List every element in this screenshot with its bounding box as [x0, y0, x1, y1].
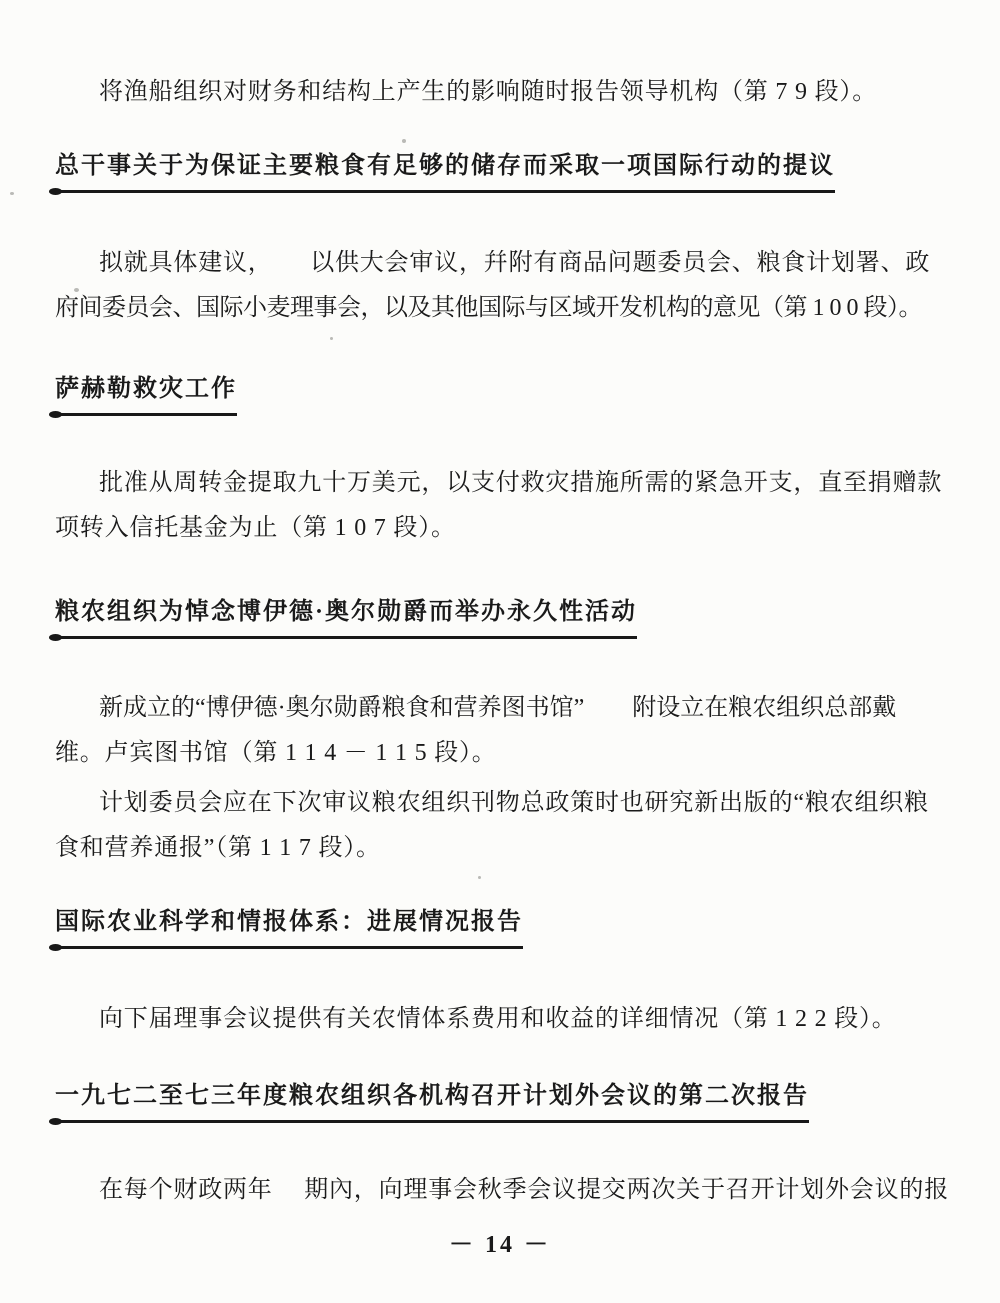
paragraph-line: 维。卢宾图书馆（第 1 1 4 － 1 1 5 段）。	[55, 731, 978, 776]
section-heading-unscheduled-sessions-report: 一九七二至七三年度粮农组织各机构召开计划外会议的第二次报告	[55, 1080, 978, 1123]
paragraph-para-100: 拟就具体建议， 以供大会审议，幷附有商品问题委员会、粮食计划署、政 府间委员会、…	[55, 241, 978, 331]
section-heading-agris-progress: 国际农业科学和情报体系：进展情况报告	[55, 906, 978, 949]
section-heading-text: 国际农业科学和情报体系：进展情况报告	[55, 906, 523, 949]
paragraph-para-117: 计划委员会应在下次审议粮农组织刊物总政策时也研究新出版的“粮农组织粮 食和营养通…	[55, 781, 978, 871]
scan-speck	[402, 139, 406, 143]
paragraph-line: 将渔船组织对财务和结构上产生的影响随时报告领导机构（第 7 9 段）。	[55, 70, 978, 115]
scan-speck	[10, 192, 14, 195]
paragraph-line: 批准从周转金提取九十万美元，以支付救灾措施所需的紧急开支，直至捐赠款	[55, 461, 978, 506]
paragraph-para-107: 批准从周转金提取九十万美元，以支付救灾措施所需的紧急开支，直至捐赠款 项转入信托…	[55, 461, 978, 551]
paragraph-line: 新成立的“博伊德·奥尔勋爵粮食和营养图书馆” 附设立在粮农组织总部戴	[55, 686, 978, 731]
paragraph-line: 向下届理事会议提供有关农情体系费用和收益的详细情况（第 1 2 2 段）。	[55, 997, 978, 1042]
paragraph-para-122: 向下届理事会议提供有关农情体系费用和收益的详细情况（第 1 2 2 段）。	[55, 997, 978, 1042]
scan-speck	[478, 876, 481, 879]
section-heading-text: 一九七二至七三年度粮农组织各机构召开计划外会议的第二次报告	[55, 1080, 809, 1123]
section-heading-boyd-orr-memorial: 粮农组织为悼念博伊德·奥尔勋爵而举办永久性活动	[55, 596, 978, 639]
section-heading-text: 粮农组织为悼念博伊德·奥尔勋爵而举办永久性活动	[55, 596, 637, 639]
paragraph-line: 计划委员会应在下次审议粮农组织刊物总政策时也研究新出版的“粮农组织粮	[55, 781, 978, 826]
section-heading-text: 总干事关于为保证主要粮食有足够的储存而采取一项国际行动的提议	[55, 150, 835, 193]
paragraph-line: 拟就具体建议， 以供大会审议，幷附有商品问题委员会、粮食计划署、政	[55, 241, 978, 286]
section-heading-text: 萨赫勒救灾工作	[55, 373, 237, 416]
section-heading-sahel-relief: 萨赫勒救灾工作	[55, 373, 978, 416]
paragraph-para-114-115: 新成立的“博伊德·奥尔勋爵粮食和营养图书馆” 附设立在粮农组织总部戴 维。卢宾图…	[55, 686, 978, 776]
section-heading-food-stocks-proposal: 总干事关于为保证主要粮食有足够的储存而采取一项国际行动的提议	[55, 150, 978, 193]
page-number: － 14 －	[0, 1224, 1000, 1259]
document-page: 将渔船组织对财务和结构上产生的影响随时报告领导机构（第 7 9 段）。 总干事关…	[0, 0, 1000, 1303]
scan-speck	[330, 337, 333, 340]
paragraph-biennium-reporting: 在每个财政两年 期內，向理事会秋季会议提交两次关于召开计划外会议的报	[55, 1168, 978, 1213]
paragraph-line: 项转入信托基金为止（第 1 0 7 段）。	[55, 506, 978, 551]
paragraph-line: 在每个财政两年 期內，向理事会秋季会议提交两次关于召开计划外会议的报	[55, 1168, 978, 1213]
paragraph-line: 食和营养通报”（第 1 1 7 段）。	[55, 826, 978, 871]
scan-speck	[74, 288, 79, 292]
paragraph-para-79: 将渔船组织对财务和结构上产生的影响随时报告领导机构（第 7 9 段）。	[55, 70, 978, 115]
paragraph-line: 府间委员会、国际小麦理事会，以及其他国际与区域开发机构的意见（第 1 0 0 段…	[55, 286, 978, 331]
